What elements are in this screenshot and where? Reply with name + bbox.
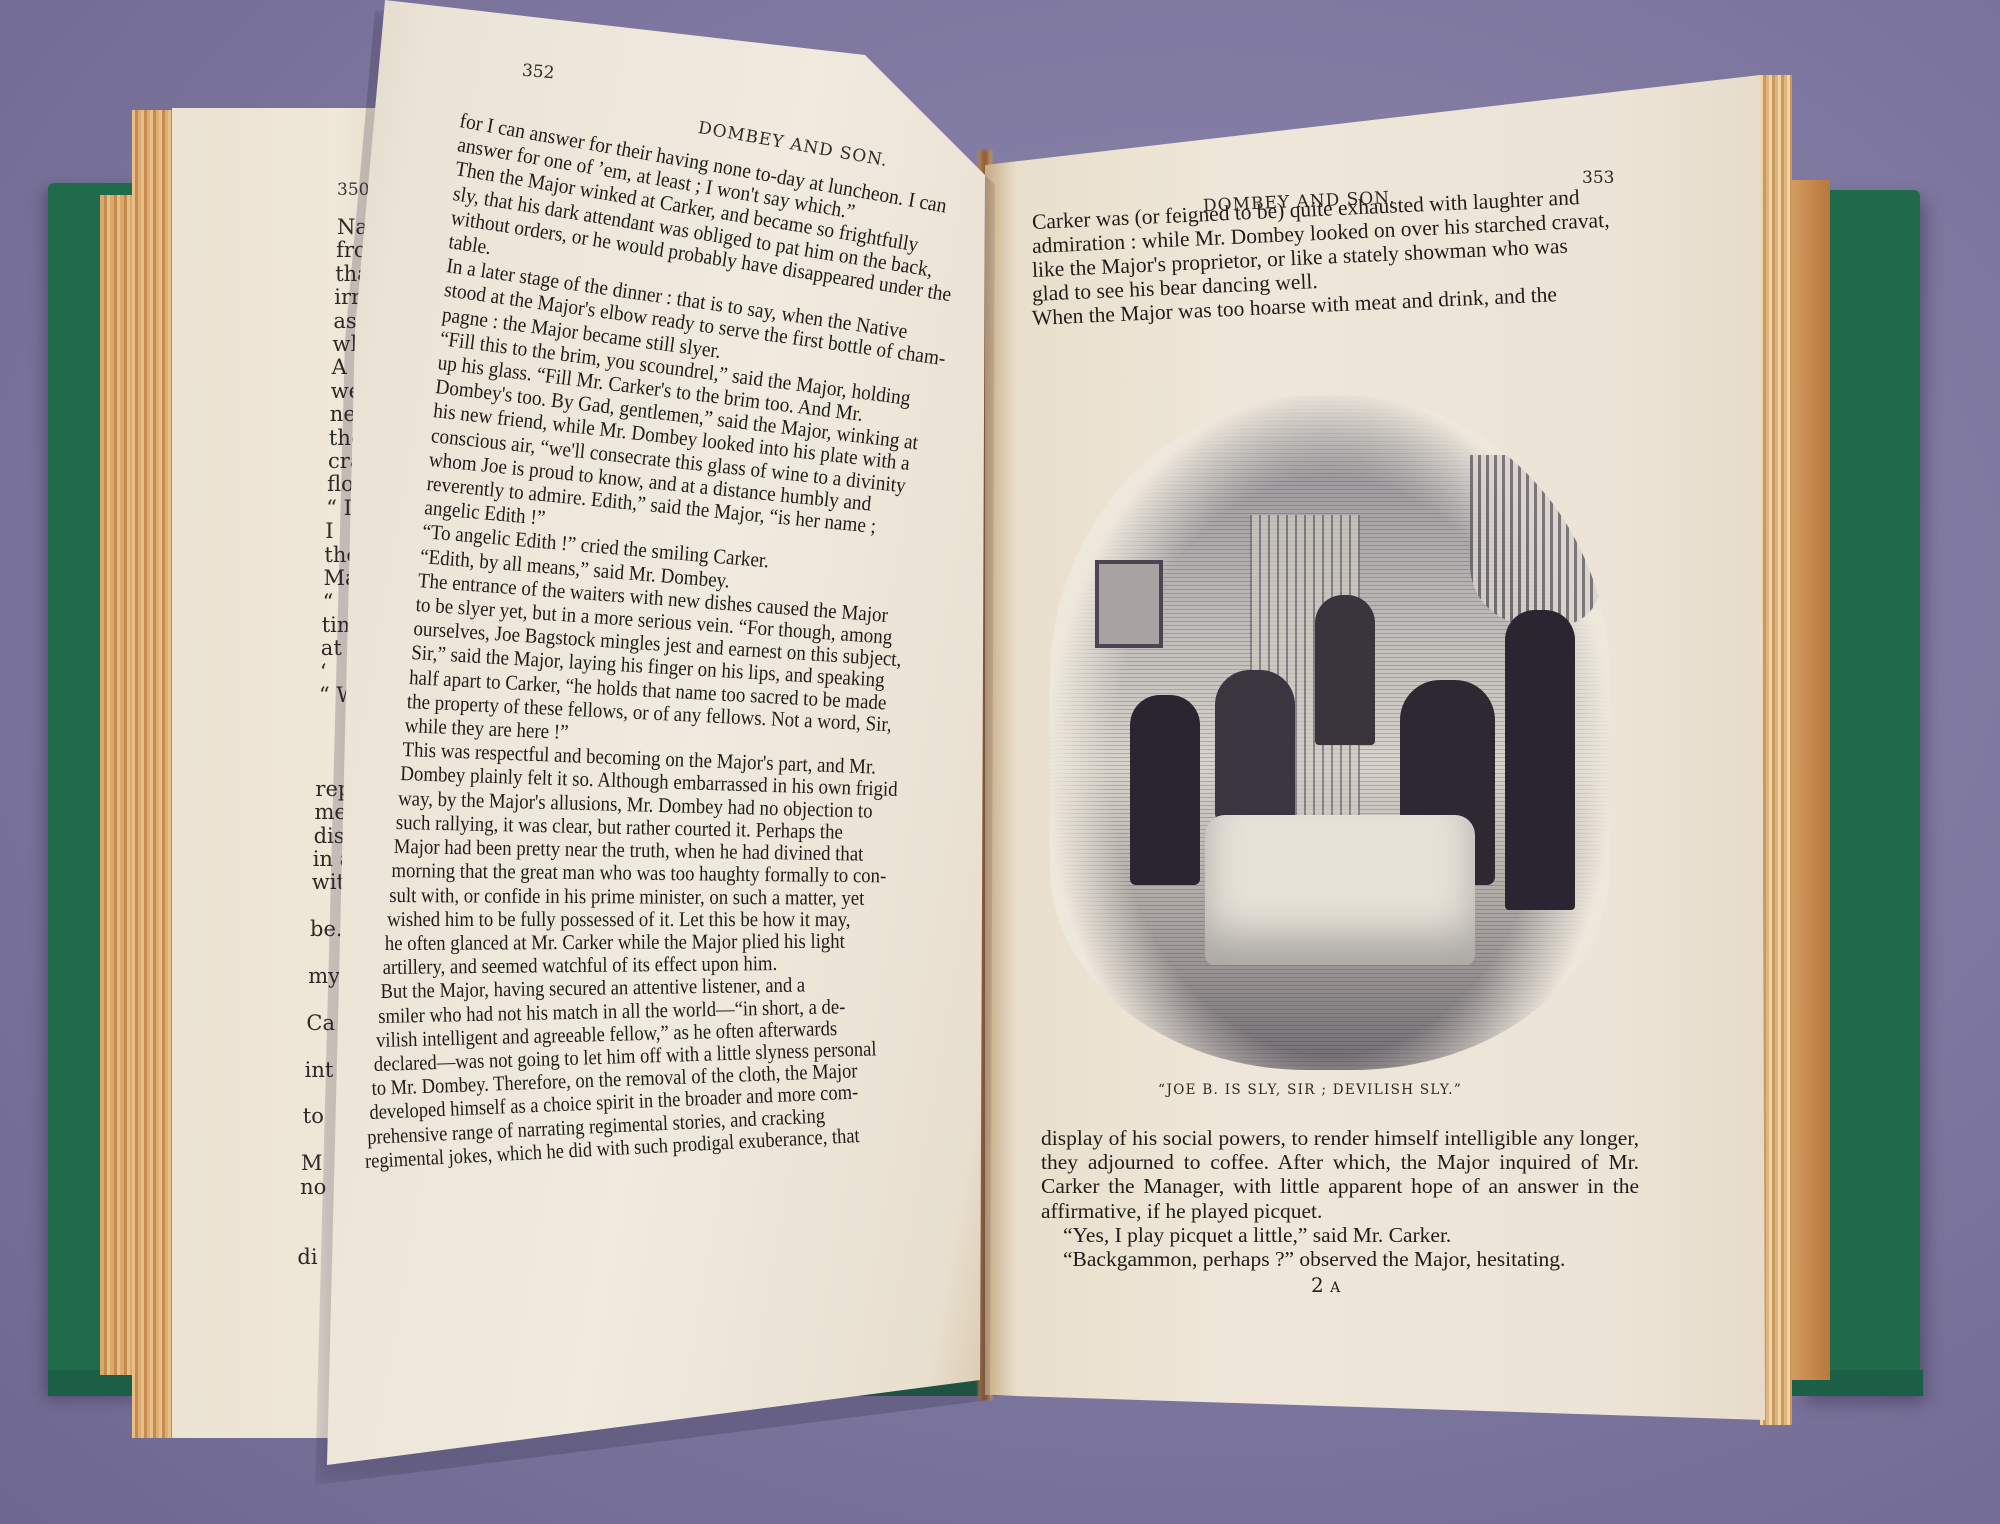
paragraph: “Backgammon, perhaps ?” observed the Maj…	[1041, 1247, 1639, 1271]
illustration-caption: “JOE B. IS SLY, SIR ; DEVILISH SLY.”	[1158, 1082, 1462, 1098]
text-line: sult with, or confide in his prime minis…	[389, 883, 827, 910]
page-block-edge-right-inner	[1760, 75, 1792, 1425]
page-353-bottom-text: display of his social powers, to render …	[1041, 1126, 1639, 1271]
page-352-text: for I can answer for their having none t…	[475, 108, 965, 1173]
signature-mark: 2 A	[1311, 1273, 1340, 1297]
illustration-curtain	[1470, 455, 1600, 625]
page-number-352: 352	[521, 61, 555, 84]
paragraph: display of his social powers, to render …	[1041, 1126, 1639, 1223]
illustration-picture-frame	[1095, 560, 1163, 648]
paragraph: “Yes, I play picquet a little,” said Mr.…	[1041, 1223, 1639, 1247]
signature-letter: A	[1330, 1280, 1340, 1296]
figure-native	[1505, 610, 1575, 910]
dinner-scene-illustration	[1050, 395, 1610, 1070]
illustration-table	[1205, 815, 1475, 965]
figure-carker	[1215, 670, 1295, 820]
page-block-edge-right-outer	[1790, 180, 1830, 1380]
page-353-top-text: Carker was (or feigned to be) quite exha…	[1032, 210, 1607, 330]
signature-number: 2	[1311, 1273, 1324, 1297]
figure-dombey	[1130, 695, 1200, 885]
figure-waiter	[1315, 595, 1375, 745]
text-line: wished him to be fully possessed of it. …	[387, 907, 824, 931]
